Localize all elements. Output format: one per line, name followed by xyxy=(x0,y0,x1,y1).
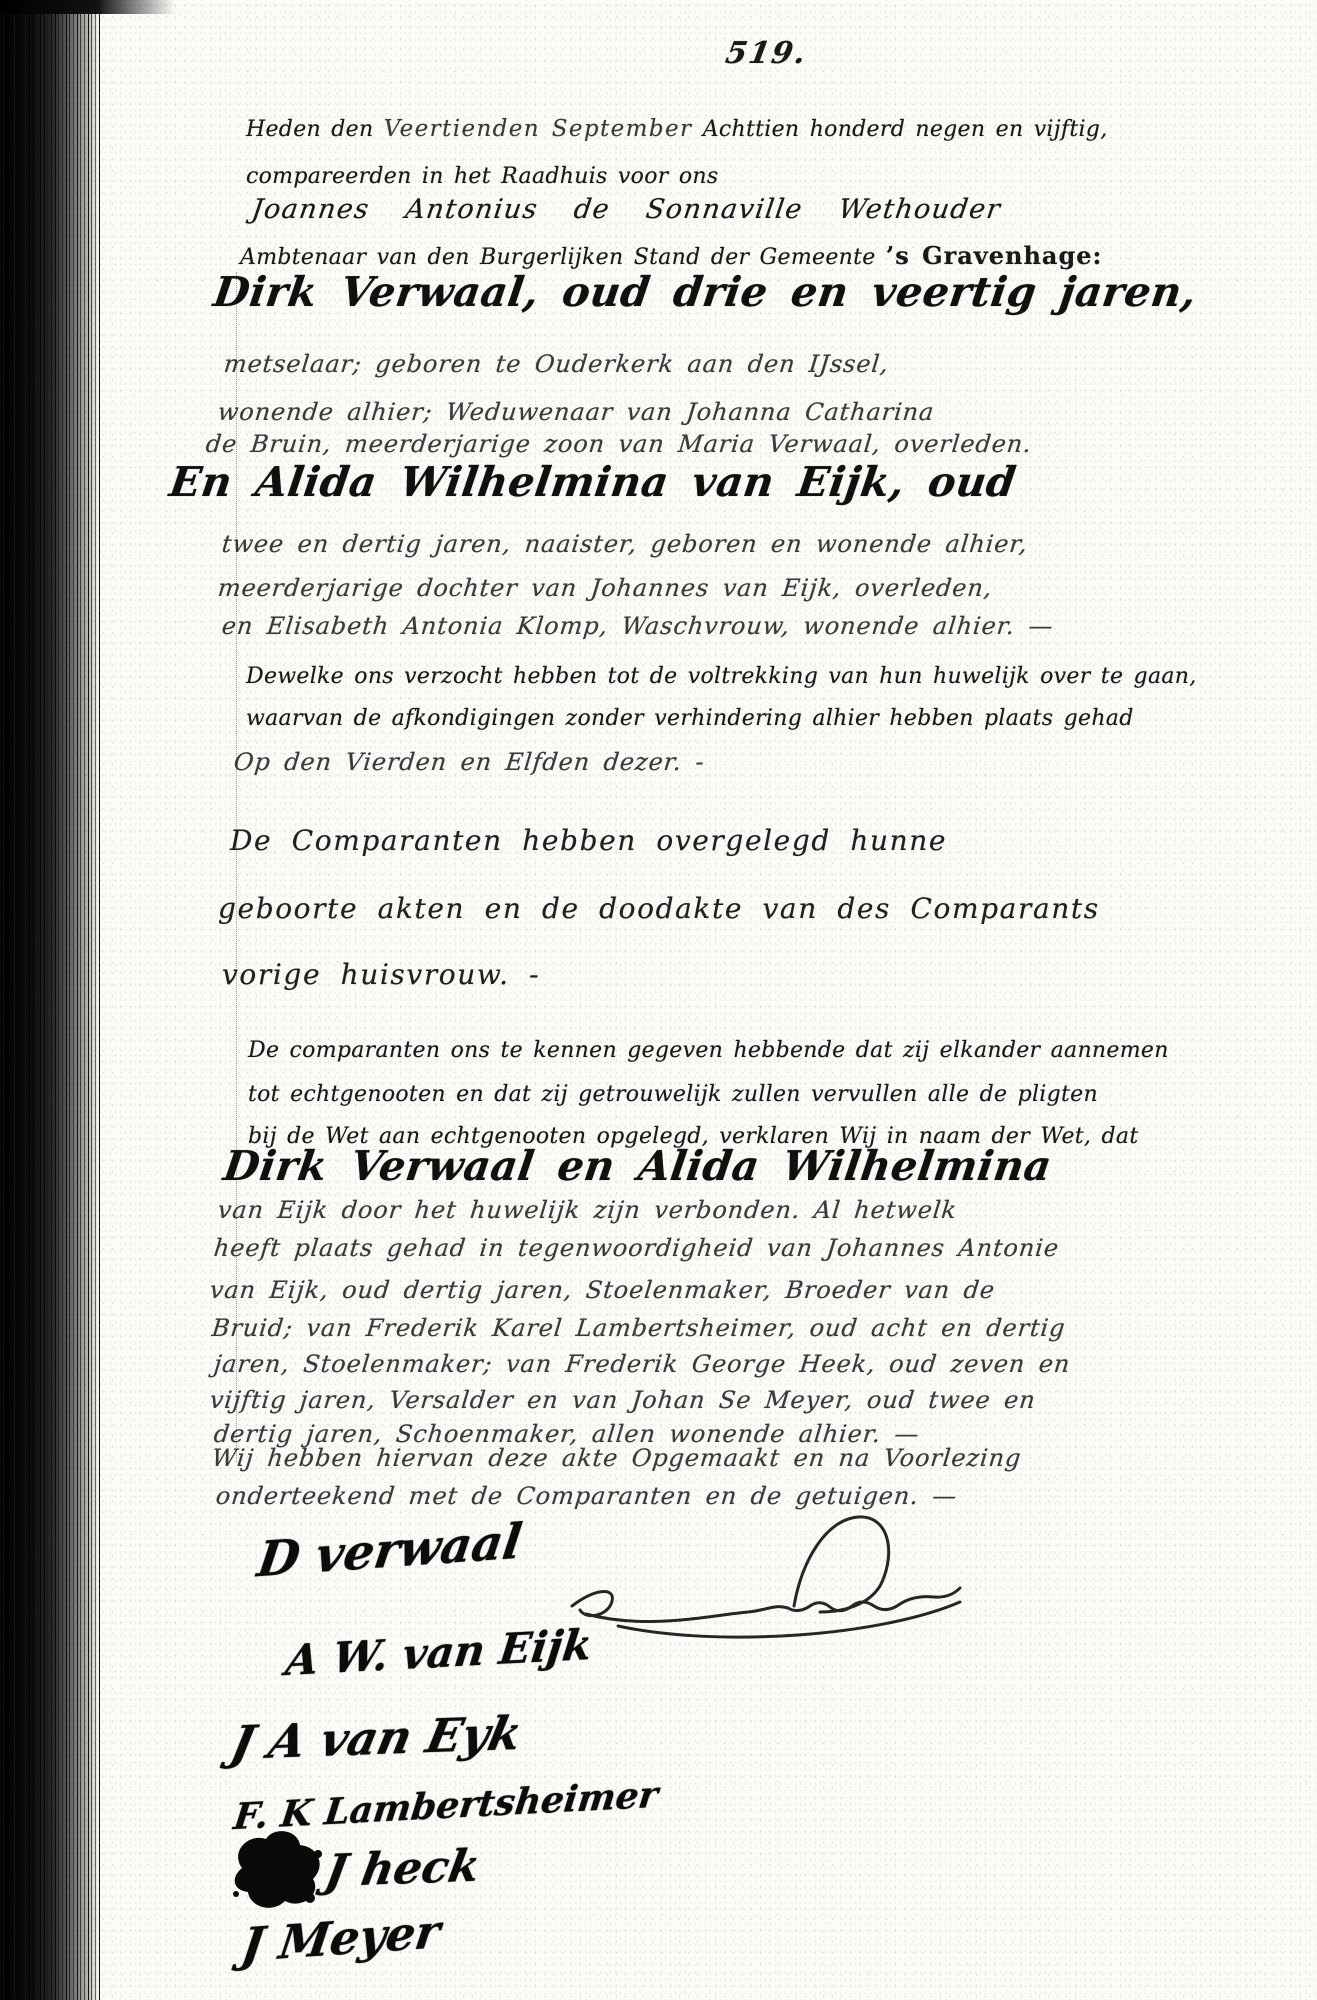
marriage-line-5: jaren, Stoelenmaker; van Frederik George… xyxy=(213,1350,1072,1378)
marriage-line-1: van Eijk door het huwelijk zijn verbonde… xyxy=(217,1196,959,1224)
declaration-line-2: tot echtgenooten en dat zij getrouwelijk… xyxy=(248,1082,1098,1107)
signature-bride: A W. van Eijk xyxy=(283,1620,595,1685)
municipality-name: ’s Gravenhage: xyxy=(886,241,1103,270)
intro-line-2: compareerden in het Raadhuis voor ons xyxy=(246,164,718,189)
intro-line-1-date: Veertienden September xyxy=(384,116,693,142)
groom-line-3: de Bruin, meerderjarige zoon van Maria V… xyxy=(205,430,1034,458)
intro-line-4-text: Ambtenaar van den Burgerlijken Stand der… xyxy=(240,245,886,270)
intro-line-1: Heden den Veertienden September Achttien… xyxy=(246,116,1108,142)
page-number: 519. xyxy=(723,36,810,71)
bride-name-line: En Alida Wilhelmina van Eijk, oud xyxy=(167,458,1020,506)
request-line-1: Dewelke ons verzocht hebben tot de voltr… xyxy=(246,664,1197,689)
signature-groom: D verwaal xyxy=(254,1513,525,1588)
marriage-line-6: vijftig jaren, Versalder en van Johan Se… xyxy=(209,1386,1038,1414)
documents-line-1: De Comparanten hebben overgelegd hunne xyxy=(230,824,947,857)
request-line-2: waarvan de afkondigingen zonder verhinde… xyxy=(246,706,1134,731)
official-signature-icon xyxy=(556,1506,976,1676)
intro-line-4: Ambtenaar van den Burgerlijken Stand der… xyxy=(240,241,1102,270)
intro-line-1-post: Achttien honderd negen en vijftig, xyxy=(692,117,1107,142)
ink-blot xyxy=(222,1824,340,1916)
declaration-line-1: De comparanten ons te kennen gegeven heb… xyxy=(248,1038,1169,1063)
marriage-line-2: heeft plaats gehad in tegenwoordigheid v… xyxy=(213,1234,1061,1262)
marriage-line-3: van Eijk, oud dertig jaren, Stoelenmaker… xyxy=(209,1276,997,1304)
signature-witness-3: J heck xyxy=(321,1840,483,1897)
official-name-line: Joannes Antonius de Sonnaville Wethouder xyxy=(250,194,1003,225)
documents-line-2: geboorte akten en de doodakte van des Co… xyxy=(218,892,1100,925)
marriage-line-4: Bruid; van Frederik Karel Lambertsheimer… xyxy=(211,1314,1067,1342)
documents-line-3: vorige huisvrouw. - xyxy=(222,958,540,991)
closing-line-1: Wij hebben hiervan deze akte Opgemaakt e… xyxy=(211,1444,1023,1472)
bride-line-1: twee en dertig jaren, naaister, geboren … xyxy=(221,530,1030,558)
scanned-marriage-record-page: 519. Heden den Veertienden September Ach… xyxy=(0,0,1317,2000)
book-binding-edge xyxy=(0,0,100,2000)
groom-name-line: Dirk Verwaal, oud drie en veertig jaren, xyxy=(211,268,1200,316)
bride-line-2: meerderjarige dochter van Johannes van E… xyxy=(217,574,994,602)
signature-witness-1: J A van Eyk xyxy=(226,1706,527,1771)
groom-line-2: wonende alhier; Weduwenaar van Johanna C… xyxy=(217,398,936,426)
groom-line-1: metselaar; geboren te Ouderkerk aan den … xyxy=(223,350,891,378)
ink-blot-icon xyxy=(222,1824,340,1916)
marriage-names-line: Dirk Verwaal en Alida Wilhelmina xyxy=(221,1142,1055,1190)
intro-line-1-pre: Heden den xyxy=(246,117,384,142)
scan-edge-smudge xyxy=(0,0,175,14)
signature-official-flourish xyxy=(556,1506,976,1676)
request-line-3: Op den Vierden en Elfden dezer. - xyxy=(233,748,707,776)
bride-line-3: en Elisabeth Antonia Klomp, Waschvrouw, … xyxy=(221,612,1055,640)
